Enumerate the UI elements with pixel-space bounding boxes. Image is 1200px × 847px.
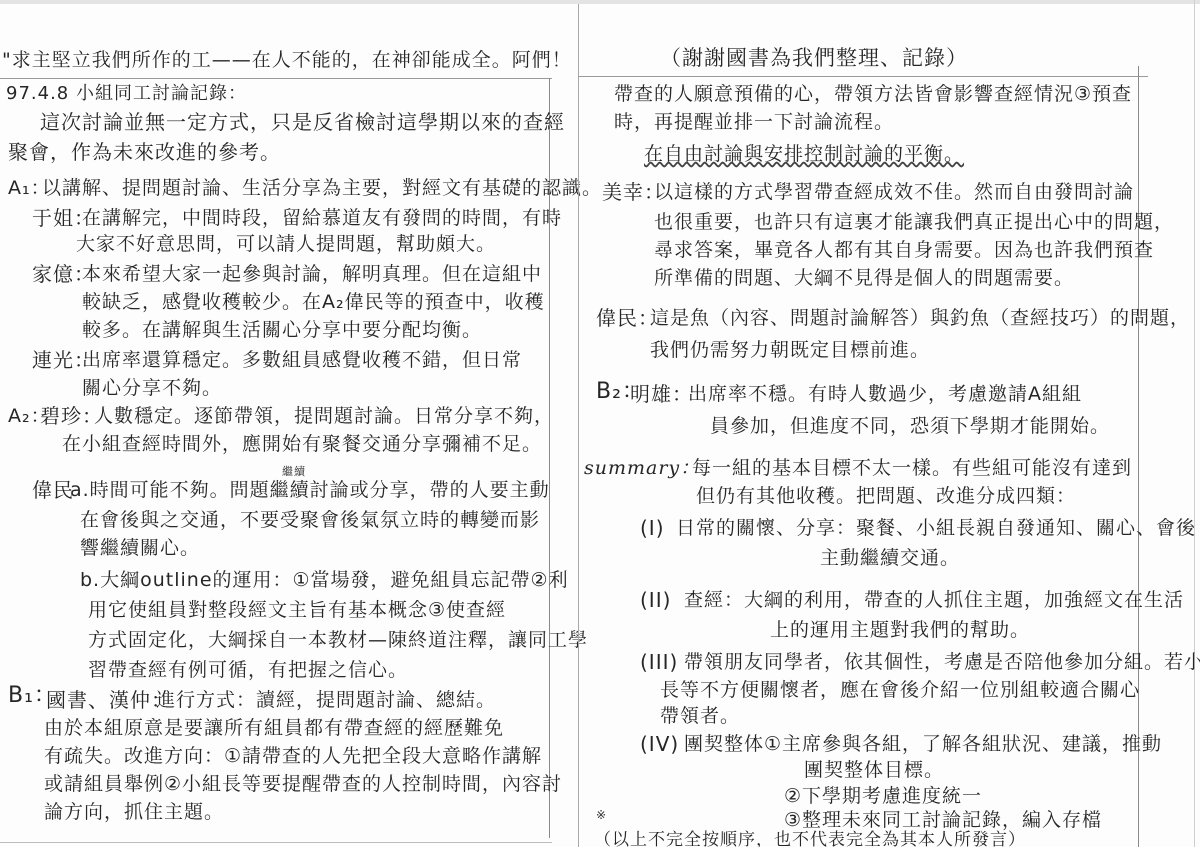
- summary-item-line: ②下學期考慮進度統一: [784, 784, 982, 808]
- page-gutter-line: [578, 4, 579, 847]
- continuation-line: 時，再提醒並排一下討論流程。: [614, 110, 894, 134]
- summary-line: 每一組的基本目標不太一樣。有些組可能沒有達到: [692, 456, 1132, 480]
- entry-line: 由於本組原意是要讓所有組員都有帶查經的經歷難免: [44, 716, 504, 740]
- summary-item-line: 上的運用主題對我們的幫助。: [770, 618, 1030, 642]
- right-margin-line: [1138, 66, 1139, 847]
- entry-line: b.大綱outline的運用：①當場發，避免組員忘記帶②利: [80, 568, 569, 592]
- entry-line: 員參加，但進度不同，恐須下學期才能開始。: [710, 414, 1110, 438]
- summary-item-line: 主動繼續交通。: [820, 546, 960, 570]
- scanned-notebook-spread: "求主堅立我們所作的工——在人不能的，在神卻能成全。阿們！ 97.4.8 小組同…: [0, 0, 1200, 847]
- entry-line: 大家不好意思問，可以請人提問題，幫助頗大。: [76, 232, 496, 256]
- speaker-name: 國書、漢仲：: [46, 688, 172, 712]
- summary-item-line: 團契整体①主席參與各組，了解各組狀況、建議，推動: [684, 732, 1162, 756]
- entry-line: 在講解完，中間時段，留給慕道友有發問的時間，有時: [82, 206, 562, 230]
- section-summary-a1: 以講解、提問題討論、生活分享為主要，對經文有基礎的認識。: [42, 176, 602, 200]
- summary-item-line: 日常的關懷、分享：聚餐、小組長親自發通知、關心、會後: [676, 516, 1196, 540]
- entry-line: 論方向，抓住主題。: [44, 800, 224, 824]
- intro-line: 這次討論並無一定方式，只是反省檢討這學期以來的查經: [40, 110, 565, 134]
- entry-line: 關心分享不夠。: [82, 376, 222, 400]
- header-rule: [0, 78, 552, 79]
- entry-line: 所準備的問題、大綱不見得是個人的問題需要。: [654, 266, 1074, 290]
- summary-item-line: 團契整体目標。: [804, 758, 944, 782]
- footnote: （以上不完全按順序，也不代表完全為其本人所發言）: [594, 828, 1026, 847]
- speaker-name: 明雄：: [630, 382, 693, 406]
- entry-line: 以這樣的方式學習帶查經成效不佳。然而自由發問討論: [654, 180, 1134, 204]
- entry-line: 方式固定化，大綱採自一本教材—陳終道注釋，讓同工學: [88, 628, 588, 652]
- scan-edge: [1194, 0, 1195, 847]
- summary-item-line: 帶領朋友同學者，依其個性，考慮是否陪他參加分組。若小組: [684, 650, 1200, 674]
- bottom-rule: [0, 842, 552, 843]
- summary-line: 但仍有其他收穫。把問題、改進分成四類：: [696, 484, 1076, 508]
- header-quote: "求主堅立我們所作的工——在人不能的，在神卻能成全。阿們！: [2, 48, 572, 72]
- entry-line: 或請組員舉例②小組長等要提醒帶查的人控制時間，內容討: [44, 772, 562, 796]
- entry-line: 本來希望大家一起參與討論，解明真理。但在這組中: [82, 262, 542, 286]
- intro-line: 聚會，作為未來改進的參考。: [8, 140, 281, 164]
- footnote-mark: ※: [596, 808, 606, 822]
- entry-line: 有疏失。改進方向：①請帶查的人先把全段大意略作講解: [44, 744, 542, 768]
- entry-line: 習帶查經有例可循，有把握之信心。: [88, 658, 408, 682]
- entry-line: 人數穩定。逐節帶領，提問題討論。日常分享不夠，: [94, 404, 554, 428]
- entry-line: 尋求答案，畢竟各人都有其自身需要。因為也許我們預查: [654, 238, 1154, 262]
- summary-item-line: 帶領者。: [660, 704, 740, 728]
- continuation-line: 在自由討論與安排控制討論的平衡。: [644, 142, 964, 166]
- entry-line: 也很重要，也許只有這裏才能讓我們真正提出心中的問題，: [654, 210, 1174, 234]
- summary-item-line: 查經：大綱的利用，帶查的人抓住主題，加強經文在生活: [684, 588, 1184, 612]
- summary-item-number: (I): [640, 516, 665, 540]
- left-page: "求主堅立我們所作的工——在人不能的，在神卻能成全。阿們！ 97.4.8 小組同…: [0, 0, 560, 847]
- summary-item-number: (II): [640, 588, 671, 612]
- entry-line: 較多。在講解與生活關心分享中要分配均衡。: [82, 318, 482, 342]
- summary-label: summary：: [584, 456, 700, 480]
- entry-line: 在小組查經時間外，應開始有聚餐交通分享彌補不足。: [62, 432, 542, 456]
- entry-line: 出席率不穩。有時人數過少，考慮邀請A組組: [688, 382, 1082, 406]
- continuation-line: 帶查的人願意預備的心，帶領方法皆會影響查經情況③預查: [614, 82, 1132, 106]
- entry-line: 在會後與之交通，不要受聚會後氣氛立時的轉變而影: [80, 508, 540, 532]
- entry-line: 進行方式：讀經，提問題討論、總結。: [156, 688, 496, 712]
- entry-line: 用它使組員對整段經文主旨有基本概念③使查經: [88, 598, 506, 622]
- right-page: （謝謝國書為我們整理、記錄） 帶查的人願意預備的心，帶領方法皆會影響查經情況③預…: [560, 0, 1200, 847]
- entry-line: 這是魚（內容、問題討論解答）與釣魚（查經技巧）的問題，: [650, 306, 1190, 330]
- entry-line: 較缺乏，感覺收穫較少。在A₂偉民等的預查中，收穫: [82, 290, 545, 314]
- entry-line: 我們仍需努力朝既定目標前進。: [650, 338, 930, 362]
- meeting-title: 97.4.8 小組同工討論記錄：: [6, 82, 247, 106]
- header-rule: [578, 76, 1148, 77]
- summary-item-number: (III): [640, 650, 678, 674]
- summary-item-number: (IV): [640, 732, 679, 756]
- entry-line: 出席率還算穩定。多數組員感覺收穫不錯，但日常: [82, 348, 522, 372]
- summary-item-line: 長等不方便關懷者，應在會後介紹一位別組較適合關心: [660, 678, 1140, 702]
- entry-line: 響繼續關心。: [80, 536, 200, 560]
- page-header: （謝謝國書為我們整理、記錄）: [660, 46, 968, 70]
- speaker-name: 偉民: [32, 478, 74, 502]
- entry-line: a.時間可能不夠。問題繼續討論或分享，帶的人要主動: [70, 478, 550, 502]
